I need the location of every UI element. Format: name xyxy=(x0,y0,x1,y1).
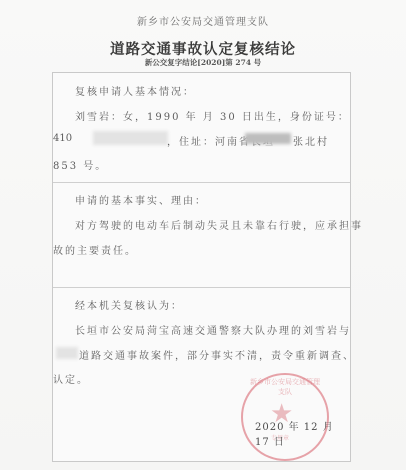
conclusion-heading: 经本机关复核认为： xyxy=(75,297,183,312)
conclusion-form: 复核申请人基本情况： 刘雪岩：女，1990 年 月 30 日出生，身份证号： 4… xyxy=(52,72,351,462)
reason-heading: 申请的基本事实、理由： xyxy=(75,192,207,207)
reason-line-1: 对方驾驶的电动车后制动失灵且未靠右行驶，应承担事 xyxy=(75,217,363,232)
reason-line-2: 故的主要责任。 xyxy=(53,242,137,257)
reason-section: 申请的基本事实、理由： 对方驾驶的电动车后制动失灵且未靠右行驶，应承担事 故的主… xyxy=(53,183,350,288)
id-number-prefix: 410 xyxy=(53,133,72,144)
issuing-organization: 新乡市公安局交通管理支队 xyxy=(0,13,406,28)
applicant-info-line-1: 刘雪岩：女，1990 年 月 30 日出生，身份证号： xyxy=(75,108,350,123)
issue-date: 2020 年 12 月 17 日 xyxy=(255,418,350,448)
redacted-address xyxy=(245,133,291,144)
document-number: 新公交复字结论[2020]第 274 号 xyxy=(0,57,406,68)
applicant-info-section: 复核申请人基本情况： 刘雪岩：女，1990 年 月 30 日出生，身份证号： 4… xyxy=(53,73,350,183)
conclusion-line-3: 认定。 xyxy=(53,371,89,386)
conclusion-line-1: 长垣市公安局菏宝高速交通警察大队办理的刘雪岩与 xyxy=(75,322,351,337)
applicant-info-heading: 复核申请人基本情况： xyxy=(75,83,195,98)
redacted-party-name xyxy=(56,347,78,359)
address-village: 张北村 xyxy=(293,133,329,148)
redacted-id-number xyxy=(93,131,168,145)
document-title: 道路交通事故认定复核结论 xyxy=(0,38,406,59)
applicant-info-line-3: 853 号。 xyxy=(53,157,107,172)
conclusion-line-2: 道路交通事故案件，部分事实不清，责令重新调查、 xyxy=(79,347,355,362)
document-page: 新乡市公安局交通管理支队 道路交通事故认定复核结论 新公交复字结论[2020]第… xyxy=(0,0,406,470)
